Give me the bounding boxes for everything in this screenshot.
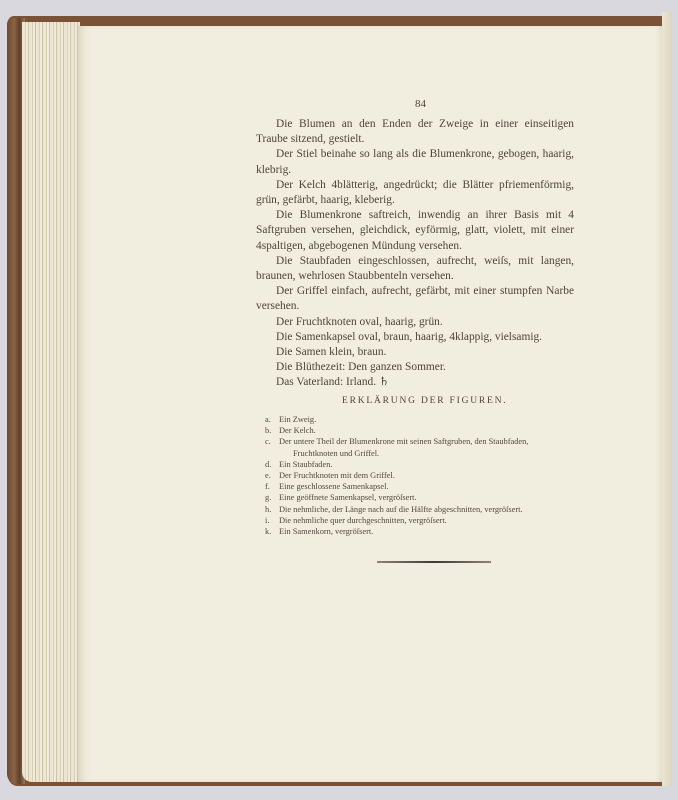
figure-item-g: g. Eine geöffnete Samenkapsel, vergröſse… bbox=[265, 492, 625, 503]
page-right-edge bbox=[662, 12, 672, 786]
figure-letter: h. bbox=[265, 504, 279, 515]
figure-letter: g. bbox=[265, 492, 279, 503]
figure-item-e: e. Der Fruchtknoten mit dem Griffel. bbox=[265, 470, 625, 481]
figure-text: Ein Zweig. bbox=[279, 414, 316, 425]
description-text: Die Blumen an den Enden der Zweige in ei… bbox=[256, 117, 574, 391]
figure-letter: k. bbox=[265, 526, 279, 537]
paragraph-style: Der Griffel einfach, aufrecht, gefärbt, … bbox=[256, 284, 574, 314]
figure-item-k: k. Ein Samenkorn, vergröſsert. bbox=[265, 526, 625, 537]
figure-letter: b. bbox=[265, 425, 279, 436]
line-capsule: Die Samenkapsel oval, braun, haarig, 4kl… bbox=[256, 330, 574, 345]
figures-heading: ERKLÄRUNG DER FIGUREN. bbox=[342, 396, 507, 406]
figure-text: Eine geöffnete Samenkapsel, vergröſsert. bbox=[279, 492, 417, 503]
figure-letter: c. bbox=[265, 436, 279, 447]
figure-text: Ein Samenkorn, vergröſsert. bbox=[279, 526, 373, 537]
page-stack-edges bbox=[22, 22, 80, 782]
figure-text-continued: Fruchtknoten und Griffel. bbox=[279, 448, 379, 459]
paragraph-stamens: Die Staubfaden eingeschlossen, aufrecht,… bbox=[256, 254, 574, 284]
figure-text: Ein Staubfaden. bbox=[279, 459, 333, 470]
figure-text: Der Fruchtknoten mit dem Griffel. bbox=[279, 470, 395, 481]
line-flowering-time: Die Blüthezeit: Den ganzen Sommer. bbox=[256, 360, 574, 375]
figures-legend: a. Ein Zweig. b. Der Kelch. c. Der unter… bbox=[265, 414, 625, 537]
figure-letter: d. bbox=[265, 459, 279, 470]
closing-rule-divider bbox=[377, 561, 491, 563]
figure-text: Eine geschlossene Samenkapsel. bbox=[279, 481, 389, 492]
figure-letter: e. bbox=[265, 470, 279, 481]
figure-item-i: i. Die nehmliche quer durchgeschnitten, … bbox=[265, 515, 625, 526]
figure-letter: a. bbox=[265, 414, 279, 425]
line-ovary: Der Fruchtknoten oval, haarig, grün. bbox=[256, 315, 574, 330]
figure-item-d: d. Ein Staubfaden. bbox=[265, 459, 625, 470]
paragraph-calyx: Der Kelch 4blätterig, angedrückt; die Bl… bbox=[256, 178, 574, 208]
paragraph-inflorescence: Die Blumen an den Enden der Zweige in ei… bbox=[256, 117, 574, 147]
figure-item-b: b. Der Kelch. bbox=[265, 425, 625, 436]
paragraph-corolla: Die Blumenkrone saftreich, inwendig an i… bbox=[256, 208, 574, 254]
figure-letter: f. bbox=[265, 481, 279, 492]
figure-letter: i. bbox=[265, 515, 279, 526]
line-native-land: Das Vaterland: Irland. ♄ bbox=[256, 375, 574, 390]
paragraph-stalk: Der Stiel beinahe so lang als die Blumen… bbox=[256, 147, 574, 177]
figure-text: Die nehmliche, der Länge nach auf die Hä… bbox=[279, 504, 523, 515]
figure-text: Die nehmliche quer durchgeschnitten, ver… bbox=[279, 515, 447, 526]
figure-item-c-continued: Fruchtknoten und Griffel. bbox=[265, 448, 625, 459]
figure-item-c: c. Der untere Theil der Blumenkrone mit … bbox=[265, 436, 625, 447]
figure-text: Der Kelch. bbox=[279, 425, 316, 436]
figure-item-a: a. Ein Zweig. bbox=[265, 414, 625, 425]
page-number: 84 bbox=[415, 98, 426, 110]
line-seeds: Die Samen klein, braun. bbox=[256, 345, 574, 360]
figure-item-h: h. Die nehmliche, der Länge nach auf die… bbox=[265, 504, 625, 515]
figure-text: Der untere Theil der Blumenkrone mit sei… bbox=[279, 436, 528, 447]
figure-item-f: f. Eine geschlossene Samenkapsel. bbox=[265, 481, 625, 492]
